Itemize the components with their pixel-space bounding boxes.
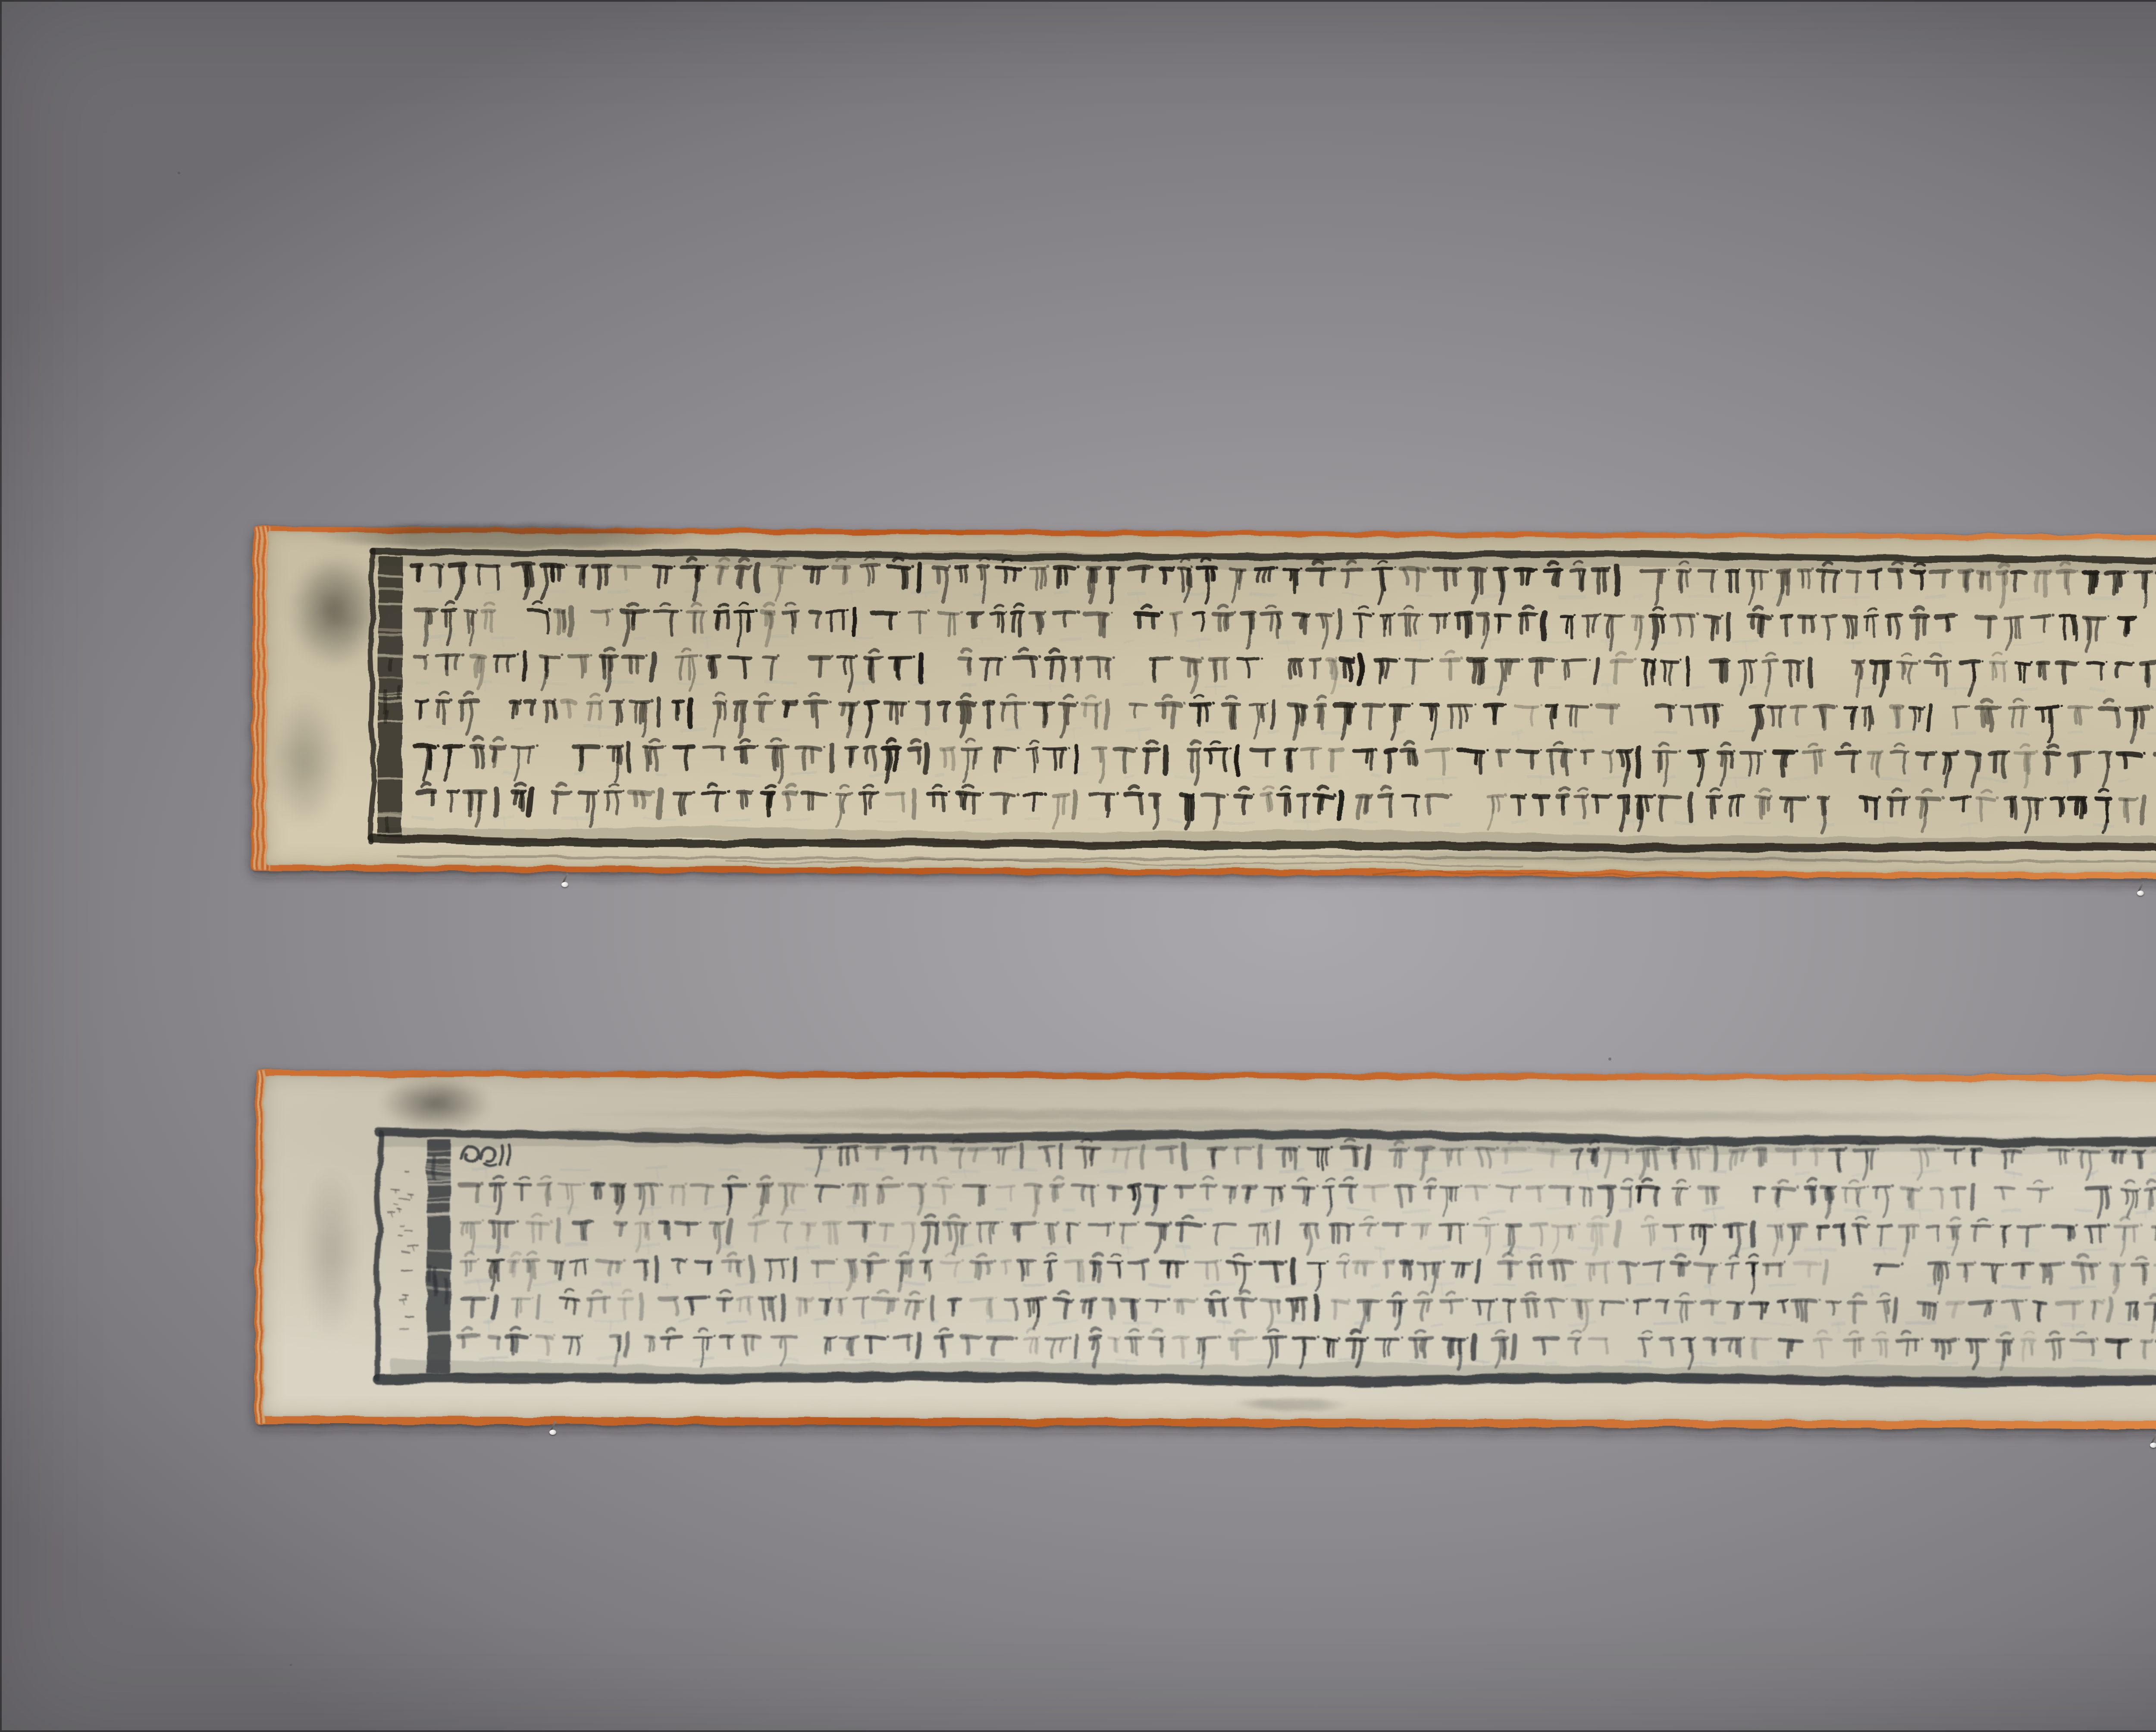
pin-head: [2137, 891, 2144, 896]
photo-backdrop: [0, 0, 2156, 1732]
dust-speck: [290, 1664, 292, 1666]
pin-head: [2150, 1443, 2156, 1448]
mounting-pin: [2135, 887, 2147, 900]
mounting-pin: [548, 1426, 559, 1439]
dust-speck: [178, 172, 180, 174]
printed-block: [255, 1070, 2156, 1429]
dust-speck: [1608, 1057, 1611, 1061]
pin-head: [561, 882, 568, 887]
pin-head: [549, 1430, 556, 1435]
folio-lower: [255, 1070, 2156, 1429]
mounting-pin: [560, 878, 571, 891]
printed-block: [251, 527, 2156, 880]
folio-upper: [251, 527, 2156, 880]
mounting-pin: [2148, 1439, 2156, 1452]
